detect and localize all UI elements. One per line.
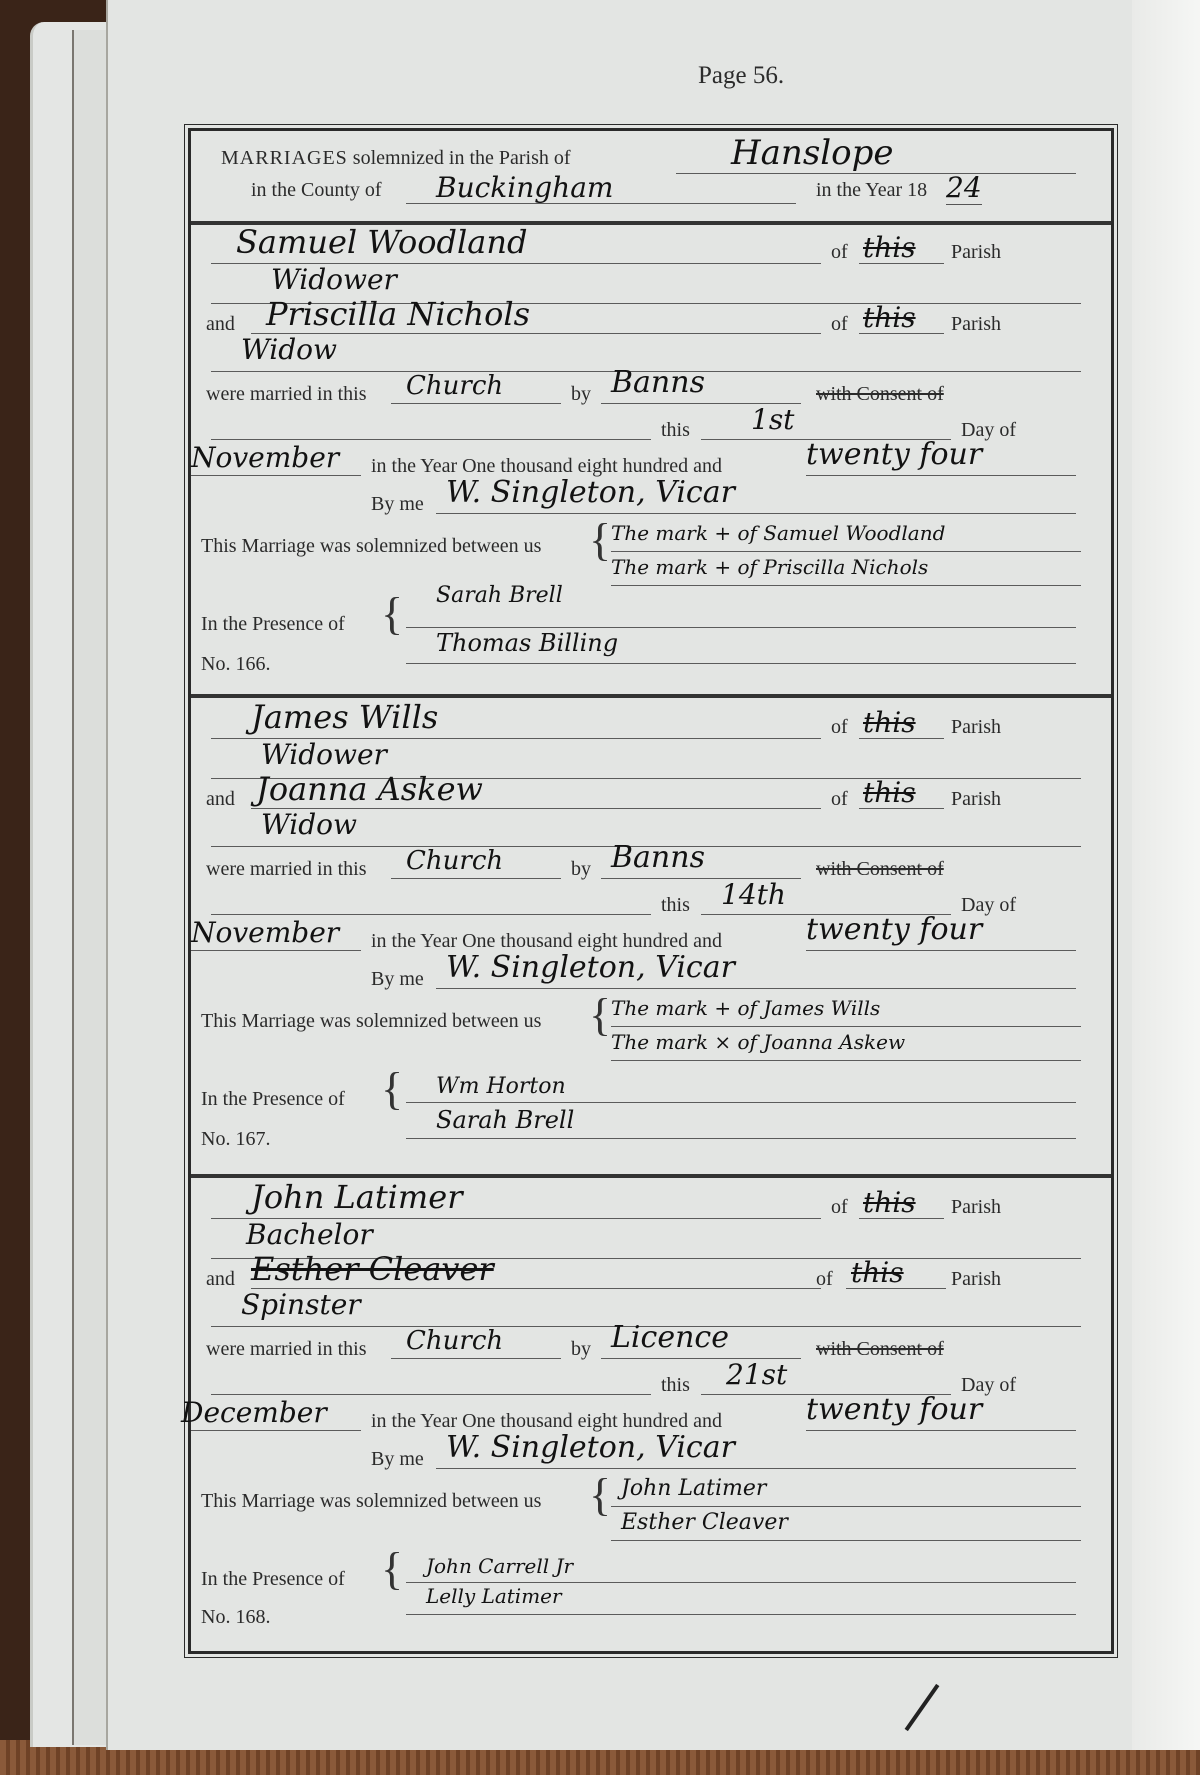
bride-parish: this xyxy=(863,776,916,809)
groom-status: Bachelor xyxy=(246,1218,373,1251)
groom-parish: this xyxy=(863,231,916,264)
marriage-entry-166: Samuel Woodland of this Parish Widower a… xyxy=(191,223,1111,623)
year-label: in the Year 18 xyxy=(816,179,927,202)
marriage-day: 1st xyxy=(751,403,794,436)
bride-name: Joanna Askew xyxy=(256,770,483,808)
of-label: of xyxy=(831,788,848,811)
groom-name: John Latimer xyxy=(251,1178,462,1216)
marriage-entry-168: John Latimer of this Parish Bachelor and… xyxy=(191,1178,1111,1578)
presence-label: In the Presence of xyxy=(201,1568,345,1591)
parish-label: Parish xyxy=(951,1196,1001,1219)
signature-bride: The mark × of Joanna Askew xyxy=(611,1030,905,1054)
of-label: of xyxy=(816,1268,833,1291)
married-in-label: were married in this xyxy=(206,383,367,406)
marriage-place: Church xyxy=(406,1326,503,1356)
groom-name: James Wills xyxy=(251,698,438,736)
solemnized-between-label: This Marriage was solemnized between us xyxy=(201,535,541,558)
and-label: and xyxy=(206,1268,235,1291)
signature-groom: John Latimer xyxy=(621,1476,766,1501)
bride-status: Widow xyxy=(241,333,337,366)
brace: { xyxy=(589,1472,611,1518)
year-words: twenty four xyxy=(806,912,982,947)
with-consent-label: with Consent of xyxy=(816,858,944,881)
groom-parish: this xyxy=(863,706,916,739)
brace: { xyxy=(381,1066,403,1112)
groom-status: Widower xyxy=(261,738,387,771)
this-label: this xyxy=(661,419,690,442)
of-label: of xyxy=(831,1196,848,1219)
bride-parish: this xyxy=(851,1256,904,1289)
of-label: of xyxy=(831,716,848,739)
of-label: of xyxy=(831,313,848,336)
groom-parish: this xyxy=(863,1186,916,1219)
marriage-place: Church xyxy=(406,846,503,876)
presence-label: In the Presence of xyxy=(201,1088,345,1111)
this-label: this xyxy=(661,1374,690,1397)
solemnized-between-label: This Marriage was solemnized between us xyxy=(201,1490,541,1513)
parish-label: Parish xyxy=(951,788,1001,811)
by-label: by xyxy=(571,383,591,406)
marriage-month: December xyxy=(181,1396,327,1429)
marriage-register-form: MARRIAGES solemnized in the Parish of Ha… xyxy=(188,128,1114,1654)
year-words: twenty four xyxy=(806,437,982,472)
of-label: of xyxy=(831,241,848,264)
and-label: and xyxy=(206,788,235,811)
married-in-label: were married in this xyxy=(206,858,367,881)
page-gutter xyxy=(1132,0,1200,1750)
by-label: by xyxy=(571,858,591,881)
signature-bride: The mark + of Priscilla Nichols xyxy=(611,555,928,579)
brace: { xyxy=(589,992,611,1038)
county-name: Buckingham xyxy=(436,171,613,204)
parish-label: Parish xyxy=(951,241,1001,264)
bride-name: Priscilla Nichols xyxy=(266,295,530,333)
bride-status: Spinster xyxy=(241,1288,361,1321)
marriage-method: Licence xyxy=(611,1320,729,1355)
officiant: W. Singleton, Vicar xyxy=(446,1430,735,1465)
by-me-label: By me xyxy=(371,968,424,991)
marriage-day: 14th xyxy=(721,878,786,911)
entry-number: No. 167. xyxy=(201,1128,270,1151)
marriage-method: Banns xyxy=(611,840,705,875)
brace: { xyxy=(381,591,403,637)
signature-groom: The mark + of Samuel Woodland xyxy=(611,521,945,545)
bride-name: Esther Cleaver xyxy=(251,1250,494,1288)
header-title-rest: solemnized in the Parish of xyxy=(353,147,571,169)
signature-groom: The mark + of James Wills xyxy=(611,996,880,1020)
by-me-label: By me xyxy=(371,1448,424,1471)
married-in-label: were married in this xyxy=(206,1338,367,1361)
marriage-day: 21st xyxy=(726,1358,787,1391)
witness-block-168: In the Presence of { John Carrell Jr Lel… xyxy=(191,1578,1111,1648)
entry-number: No. 166. xyxy=(201,653,270,676)
signature-bride: Esther Cleaver xyxy=(621,1510,788,1535)
witness-1: Wm Horton xyxy=(436,1074,566,1099)
this-label: this xyxy=(661,894,690,917)
parish-name: Hanslope xyxy=(731,133,894,173)
marriage-entry-167: James Wills of this Parish Widower and J… xyxy=(191,698,1111,1098)
witness-2: Sarah Brell xyxy=(436,1106,574,1134)
officiant: W. Singleton, Vicar xyxy=(446,950,735,985)
bride-parish: this xyxy=(863,301,916,334)
officiant: W. Singleton, Vicar xyxy=(446,475,735,510)
county-label: in the County of xyxy=(251,179,382,202)
brace: { xyxy=(381,1546,403,1592)
witness-2: Thomas Billing xyxy=(436,629,618,657)
solemnized-between-label: This Marriage was solemnized between us xyxy=(201,1010,541,1033)
marriage-method: Banns xyxy=(611,365,705,400)
parish-label: Parish xyxy=(951,313,1001,336)
year-words: twenty four xyxy=(806,1392,982,1427)
groom-name: Samuel Woodland xyxy=(236,223,527,261)
brace: { xyxy=(589,517,611,563)
witness-1: Sarah Brell xyxy=(436,583,563,608)
parish-label: Parish xyxy=(951,716,1001,739)
entry-number: No. 168. xyxy=(201,1606,270,1629)
bride-status: Widow xyxy=(261,808,357,841)
groom-status: Widower xyxy=(271,263,397,296)
page-number: Page 56. xyxy=(698,62,784,90)
presence-label: In the Presence of xyxy=(201,613,345,636)
marriage-month: November xyxy=(191,916,339,949)
by-label: by xyxy=(571,1338,591,1361)
witness-1: John Carrell Jr xyxy=(426,1554,573,1578)
marriage-place: Church xyxy=(406,371,503,401)
parish-label: Parish xyxy=(951,1268,1001,1291)
marriage-month: November xyxy=(191,441,339,474)
with-consent-label: with Consent of xyxy=(816,383,944,406)
witness-2: Lelly Latimer xyxy=(426,1584,562,1608)
year-suffix: 24 xyxy=(946,171,982,205)
and-label: and xyxy=(206,313,235,336)
register-header: MARRIAGES solemnized in the Parish of Ha… xyxy=(191,131,1111,225)
header-title: MARRIAGES xyxy=(221,147,348,169)
with-consent-label: with Consent of xyxy=(816,1338,944,1361)
by-me-label: By me xyxy=(371,493,424,516)
